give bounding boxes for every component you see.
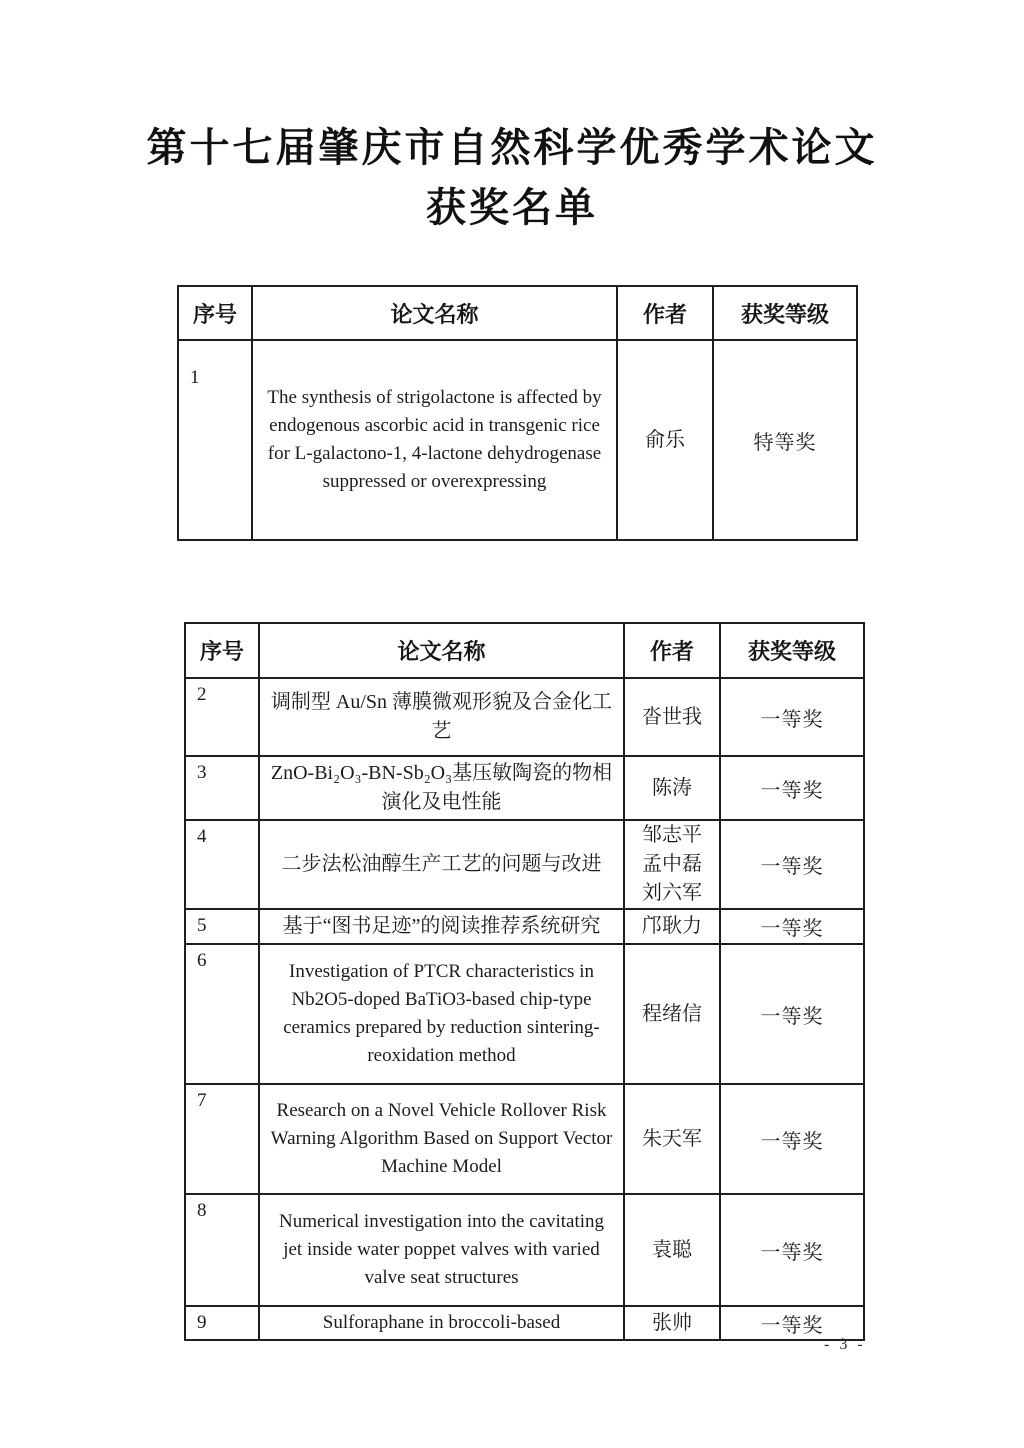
cell-paper-title: The synthesis of strigolactone is affect… <box>252 340 617 540</box>
cell-serial-number: 9 <box>185 1306 259 1340</box>
cell-author: 袁聪 <box>624 1194 720 1306</box>
cell-author: 邹志平 孟中磊 刘六军 <box>624 820 720 909</box>
cell-author: 朱天军 <box>624 1084 720 1194</box>
cell-award-level: 一等奖 <box>720 1084 864 1194</box>
cell-paper-title: Investigation of PTCR characteristics in… <box>259 944 624 1084</box>
special-prize-table: 序号 论文名称 作者 获奖等级 1 The synthesis of strig… <box>177 285 858 541</box>
cell-serial-number: 8 <box>185 1194 259 1306</box>
cell-paper-title: ZnO-Bi₂O₃-BN-Sb₂O₃基压敏陶瓷的物相演化及电性能 <box>259 756 624 820</box>
cell-award-level: 一等奖 <box>720 1194 864 1306</box>
document-title: 第十七届肇庆市自然科学优秀学术论文 获奖名单 <box>0 118 1024 238</box>
table-row: 3 ZnO-Bi₂O₃-BN-Sb₂O₃基压敏陶瓷的物相演化及电性能 陈涛 一等… <box>185 756 864 820</box>
cell-serial-number: 6 <box>185 944 259 1084</box>
document-title-line-2: 获奖名单 <box>0 178 1024 238</box>
table-row: 9 Sulforaphane in broccoli-based 张帅 一等奖 <box>185 1306 864 1340</box>
table-row: 1 The synthesis of strigolactone is affe… <box>178 340 857 540</box>
header-award-level: 获奖等级 <box>713 286 857 340</box>
cell-author: 沓世我 <box>624 678 720 756</box>
header-serial-number: 序号 <box>185 623 259 678</box>
cell-award-level: 一等奖 <box>720 678 864 756</box>
table-row: 2 调制型 Au/Sn 薄膜微观形貌及合金化工艺 沓世我 一等奖 <box>185 678 864 756</box>
cell-serial-number: 1 <box>178 340 252 540</box>
cell-award-level: 一等奖 <box>720 756 864 820</box>
table-row: 8 Numerical investigation into the cavit… <box>185 1194 864 1306</box>
table-row: 7 Research on a Novel Vehicle Rollover R… <box>185 1084 864 1194</box>
cell-serial-number: 3 <box>185 756 259 820</box>
cell-award-level: 一等奖 <box>720 944 864 1084</box>
cell-paper-title: 基于“图书足迹”的阅读推荐系统研究 <box>259 909 624 944</box>
cell-author: 邝耿力 <box>624 909 720 944</box>
table-row: 4 二步法松油醇生产工艺的问题与改进 邹志平 孟中磊 刘六军 一等奖 <box>185 820 864 909</box>
cell-award-level: 一等奖 <box>720 909 864 944</box>
first-prize-table: 序号 论文名称 作者 获奖等级 2 调制型 Au/Sn 薄膜微观形貌及合金化工艺… <box>184 622 865 1341</box>
cell-author: 张帅 <box>624 1306 720 1340</box>
cell-serial-number: 5 <box>185 909 259 944</box>
page-number: - 3 - <box>824 1336 866 1354</box>
table-header-row: 序号 论文名称 作者 获奖等级 <box>185 623 864 678</box>
cell-author: 程绪信 <box>624 944 720 1084</box>
header-award-level: 获奖等级 <box>720 623 864 678</box>
cell-author: 陈涛 <box>624 756 720 820</box>
header-serial-number: 序号 <box>178 286 252 340</box>
cell-award-level: 特等奖 <box>713 340 857 540</box>
cell-paper-title: Numerical investigation into the cavitat… <box>259 1194 624 1306</box>
table-row: 6 Investigation of PTCR characteristics … <box>185 944 864 1084</box>
cell-paper-title: 调制型 Au/Sn 薄膜微观形貌及合金化工艺 <box>259 678 624 756</box>
cell-award-level: 一等奖 <box>720 820 864 909</box>
cell-author: 俞乐 <box>617 340 713 540</box>
cell-serial-number: 4 <box>185 820 259 909</box>
cell-award-level: 一等奖 <box>720 1306 864 1340</box>
table-header-row: 序号 论文名称 作者 获奖等级 <box>178 286 857 340</box>
header-author: 作者 <box>617 286 713 340</box>
cell-serial-number: 2 <box>185 678 259 756</box>
cell-serial-number: 7 <box>185 1084 259 1194</box>
document-title-line-1: 第十七届肇庆市自然科学优秀学术论文 <box>0 118 1024 178</box>
header-paper-title: 论文名称 <box>252 286 617 340</box>
header-author: 作者 <box>624 623 720 678</box>
cell-paper-title: Research on a Novel Vehicle Rollover Ris… <box>259 1084 624 1194</box>
cell-paper-title: 二步法松油醇生产工艺的问题与改进 <box>259 820 624 909</box>
cell-paper-title: Sulforaphane in broccoli-based <box>259 1306 624 1340</box>
header-paper-title: 论文名称 <box>259 623 624 678</box>
table-row: 5 基于“图书足迹”的阅读推荐系统研究 邝耿力 一等奖 <box>185 909 864 944</box>
